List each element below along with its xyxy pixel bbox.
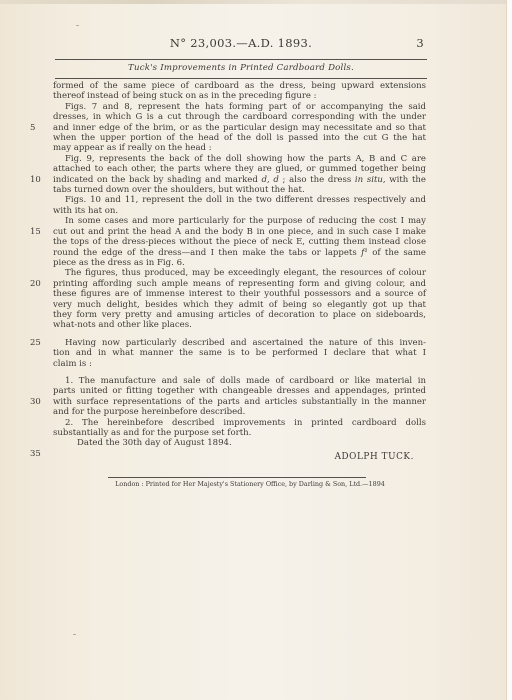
- line-text: Fig. 9, represents the back of the doll …: [65, 154, 426, 164]
- text-line: claim is :: [53, 359, 426, 369]
- line-text: round the edge of the dress—and I then m…: [53, 248, 426, 258]
- line-number: 30: [30, 397, 41, 407]
- line-text: these figures are of immense interest to…: [53, 289, 426, 299]
- text-line: substantially as and for the purpose set…: [53, 428, 426, 438]
- line-text: The figures, thus produced, may be excee…: [65, 268, 426, 278]
- line-text: thereof instead of being stuck on as in …: [53, 91, 317, 101]
- text-line: what-nots and other like places.: [53, 320, 426, 330]
- line-text: what-nots and other like places.: [53, 320, 192, 330]
- text-line: very much delight, besides which they ad…: [53, 300, 426, 310]
- text-line: piece as the dress as in Fig. 6.: [53, 258, 426, 268]
- text-line: 15cut out and print the head A and the b…: [53, 227, 426, 237]
- line-text: In some cases and more particularly for …: [65, 216, 426, 226]
- text-line: The figures, thus produced, may be excee…: [53, 268, 426, 278]
- line-text: attached to each other, the parts where …: [53, 164, 426, 174]
- text-line: 1. The manufacture and sale of dolls mad…: [53, 376, 426, 386]
- printer-imprint: London : Printed for Her Majesty's Stati…: [40, 478, 460, 490]
- page-right-edge: [506, 0, 512, 700]
- line-text: 1. The manufacture and sale of dolls mad…: [65, 376, 426, 386]
- text-line: Figs. 7 and 8, represent the hats formin…: [53, 102, 426, 112]
- header-rule-top: [55, 59, 427, 60]
- line-number: 5: [30, 123, 35, 133]
- line-text: tabs turned down over the shoulders, but…: [53, 185, 305, 195]
- line-text: the tops of the dress-pieces without the…: [53, 237, 426, 247]
- text-line: In some cases and more particularly for …: [53, 216, 426, 226]
- line-text: substantially as and for the purpose set…: [53, 428, 251, 438]
- text-line: dresses, in which G is a cut through the…: [53, 112, 426, 122]
- text-line: attached to each other, the parts where …: [53, 164, 426, 174]
- line-text: very much delight, besides which they ad…: [53, 300, 426, 310]
- header-rule-bottom: [55, 78, 427, 79]
- line-text: cut out and print the head A and the bod…: [53, 227, 426, 237]
- text-line: and for the purpose hereinbefore describ…: [53, 407, 426, 417]
- text-line: 10indicated on the back by shading and m…: [53, 175, 426, 185]
- text-line: they form very pretty and amusing articl…: [53, 310, 426, 320]
- line-text: Figs. 7 and 8, represent the hats formin…: [65, 102, 426, 112]
- text-line: formed of the same piece of cardboard as…: [53, 81, 426, 91]
- signature: ADOLPH TUCK.: [335, 452, 414, 462]
- line-text: with its hat on.: [53, 206, 118, 216]
- line-text: Having now particularly described and as…: [65, 338, 426, 348]
- line-number: 10: [30, 175, 41, 185]
- text-line: 5and inner edge of the brim, or as the p…: [53, 123, 426, 133]
- dated-line: Dated the 30th day of August 1894.: [53, 438, 426, 448]
- text-line: with its hat on.: [53, 206, 426, 216]
- line-text: parts united or fitting together with ch…: [53, 386, 426, 396]
- paper-speck: [76, 25, 79, 26]
- text-line: round the edge of the dress—and I then m…: [53, 248, 426, 258]
- text-line: when the upper portion of the head of th…: [53, 133, 426, 143]
- patent-number: N° 23,003.—A.D. 1893.: [55, 36, 427, 50]
- line-text: with surface representations of the part…: [53, 397, 426, 407]
- line-text: when the upper portion of the head of th…: [53, 133, 426, 143]
- text-line: Figs. 10 and 11, represent the doll in t…: [53, 195, 426, 205]
- line-text: they form very pretty and amusing articl…: [53, 310, 426, 320]
- line-number: 15: [30, 227, 41, 237]
- text-line: 25Having now particularly described and …: [53, 338, 426, 348]
- line-text: tion and in what manner the same is to b…: [53, 348, 426, 358]
- paper-speck: [73, 634, 76, 635]
- line-text: may appear as if really on the head :: [53, 143, 212, 153]
- line-text: printing affording such ample means of r…: [53, 279, 426, 289]
- running-header: N° 23,003.—A.D. 1893. 3: [55, 36, 427, 52]
- line-number: 20: [30, 279, 41, 289]
- line-number: 35: [30, 449, 41, 459]
- line-text: Figs. 10 and 11, represent the doll in t…: [65, 195, 426, 205]
- text-line: Fig. 9, represents the back of the doll …: [53, 154, 426, 164]
- signature-row: 35ADOLPH TUCK.: [53, 449, 426, 463]
- text-line: parts united or fitting together with ch…: [53, 386, 426, 396]
- line-text: and inner edge of the brim, or as the pa…: [53, 123, 426, 133]
- text-line: 20printing affording such ample means of…: [53, 279, 426, 289]
- text-line: the tops of the dress-pieces without the…: [53, 237, 426, 247]
- page-top-edge: [0, 0, 506, 4]
- line-text: dresses, in which G is a cut through the…: [53, 112, 426, 122]
- document-body: formed of the same piece of cardboard as…: [53, 81, 426, 463]
- text-line: these figures are of immense interest to…: [53, 289, 426, 299]
- text-line: tabs turned down over the shoulders, but…: [53, 185, 426, 195]
- text-line: thereof instead of being stuck on as in …: [53, 91, 426, 101]
- text-line: 30with surface representations of the pa…: [53, 397, 426, 407]
- text-line: tion and in what manner the same is to b…: [53, 348, 426, 358]
- text-line: may appear as if really on the head :: [53, 143, 426, 153]
- page-number: 3: [416, 36, 424, 50]
- line-text: and for the purpose hereinbefore describ…: [53, 407, 245, 417]
- document-subtitle: Tuck's Improvements in Printed Cardboard…: [55, 63, 427, 73]
- text-line: 2. The hereinbefore described improvemen…: [53, 418, 426, 428]
- line-text: 2. The hereinbefore described improvemen…: [65, 418, 426, 428]
- line-text: formed of the same piece of cardboard as…: [53, 81, 426, 91]
- line-text: claim is :: [53, 359, 92, 369]
- line-text: piece as the dress as in Fig. 6.: [53, 258, 185, 268]
- line-number: 25: [30, 338, 41, 348]
- line-text: indicated on the back by shading and mar…: [53, 175, 426, 185]
